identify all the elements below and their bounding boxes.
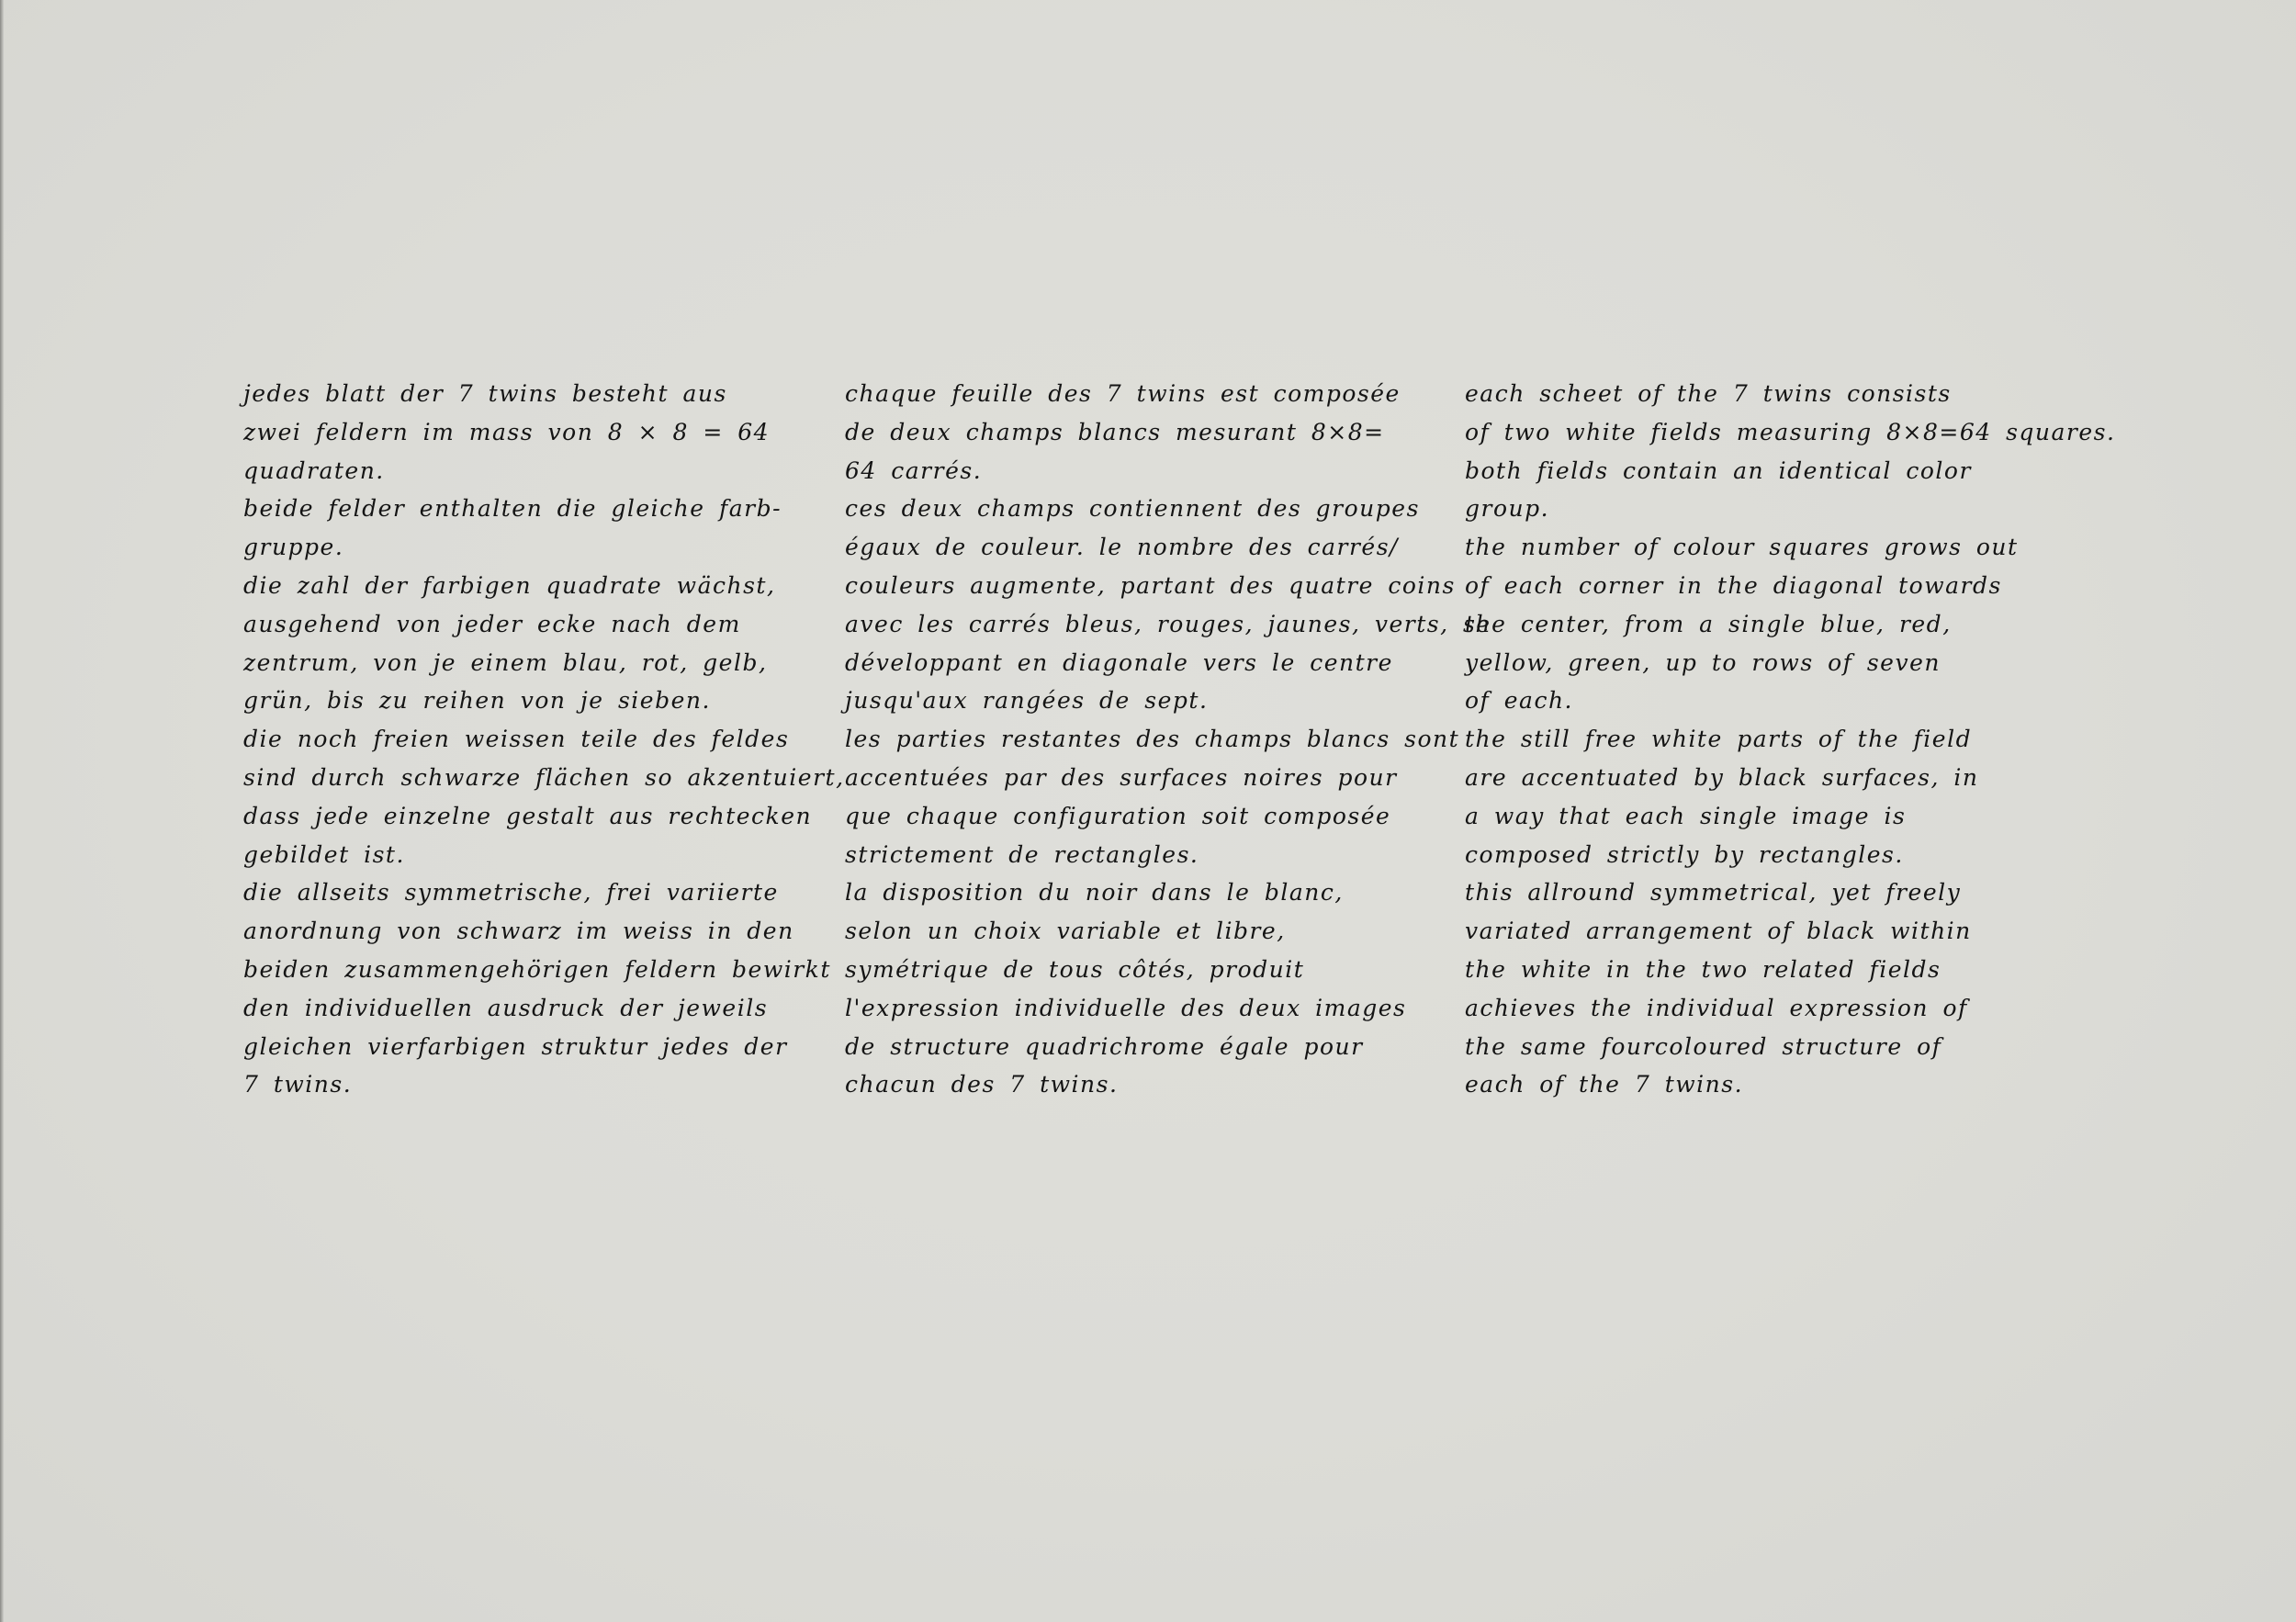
text-line: yellow, green, up to rows of seven (1465, 644, 2089, 682)
text-line: ausgehend von jeder ecke nach dem (243, 605, 840, 644)
text-line: sind durch schwarze flächen so akzentuie… (243, 759, 840, 797)
text-line: couleurs augmente, partant des quatre co… (845, 567, 1433, 605)
text-line: den individuellen ausdruck der jeweils (243, 989, 840, 1028)
text-line: achieves the individual expression of (1465, 989, 2089, 1028)
text-line: jusqu'aux rangées de sept. (845, 681, 1433, 720)
text-line: avec les carrés bleus, rouges, jaunes, v… (845, 605, 1433, 644)
text-line: the white in the two related fields (1465, 951, 2089, 989)
text-line: of each corner in the diagonal towards (1465, 567, 2089, 605)
text-line: group. (1465, 490, 2089, 528)
text-line: de structure quadrichrome égale pour (845, 1028, 1433, 1066)
text-line: both fields contain an identical color (1465, 452, 2089, 490)
text-line: ces deux champs contiennent des groupes (845, 490, 1433, 528)
text-line: the same fourcoloured structure of (1465, 1028, 2089, 1066)
text-line: are accentuated by black surfaces, in (1465, 759, 2089, 797)
text-line: symétrique de tous côtés, produit (845, 951, 1433, 989)
text-line: jedes blatt der 7 twins besteht aus (243, 375, 840, 413)
text-line: égaux de couleur. le nombre des carrés/ (845, 528, 1433, 567)
text-line: beiden zusammengehörigen feldern bewirkt (243, 951, 840, 989)
text-line: chacun des 7 twins. (845, 1065, 1433, 1104)
text-line: gebildet ist. (243, 836, 840, 874)
text-line: quadraten. (243, 452, 840, 490)
text-line: the number of colour squares grows out (1465, 528, 2089, 567)
paper-sheet: jedes blatt der 7 twins besteht aus zwei… (0, 0, 2296, 1622)
text-line: selon un choix variable et libre, (845, 912, 1433, 951)
text-line: grün, bis zu reihen von je sieben. (243, 681, 840, 720)
text-line: die zahl der farbigen quadrate wächst, (243, 567, 840, 605)
text-line: beide felder enthalten die gleiche farb- (243, 490, 840, 528)
text-line: anordnung von schwarz im weiss in den (243, 912, 840, 951)
french-text-column: chaque feuille des 7 twins est composée … (845, 375, 1433, 1104)
english-text-column: each scheet of the 7 twins consists of t… (1465, 375, 2089, 1104)
text-line: die allseits symmetrische, frei variiert… (243, 873, 840, 912)
text-line: composed strictly by rectangles. (1465, 836, 2089, 874)
text-line: this allround symmetrical, yet freely (1465, 873, 2089, 912)
text-line: the still free white parts of the field (1465, 720, 2089, 759)
text-line: 7 twins. (243, 1065, 840, 1104)
text-line: a way that each single image is (1465, 797, 2089, 836)
text-line: dass jede einzelne gestalt aus rechtecke… (243, 797, 840, 836)
text-line: accentuées par des surfaces noires pour (845, 759, 1433, 797)
text-line: each of the 7 twins. (1465, 1065, 2089, 1104)
text-line: die noch freien weissen teile des feldes (243, 720, 840, 759)
text-line: la disposition du noir dans le blanc, (845, 873, 1433, 912)
text-line: zentrum, von je einem blau, rot, gelb, (243, 644, 840, 682)
text-line: each scheet of the 7 twins consists (1465, 375, 2089, 413)
text-line: zwei feldern im mass von 8 × 8 = 64 (243, 413, 840, 452)
text-line: strictement de rectangles. (845, 836, 1433, 874)
german-text-column: jedes blatt der 7 twins besteht aus zwei… (243, 375, 840, 1104)
text-line: gruppe. (243, 528, 840, 567)
text-line: développant en diagonale vers le centre (845, 644, 1433, 682)
text-line: 64 carrés. (845, 452, 1433, 490)
text-line: of two white fields measuring 8×8=64 squ… (1465, 413, 2089, 452)
text-line: les parties restantes des champs blancs … (845, 720, 1433, 759)
text-line: variated arrangement of black within (1465, 912, 2089, 951)
text-line: de deux champs blancs mesurant 8×8= (845, 413, 1433, 452)
text-line: of each. (1465, 681, 2089, 720)
text-line: l'expression individuelle des deux image… (845, 989, 1433, 1028)
text-line: gleichen vierfarbigen struktur jedes der (243, 1028, 840, 1066)
text-line: que chaque configuration soit composée (845, 797, 1433, 836)
paper-edge-shadow (0, 0, 4, 1622)
text-line: the center, from a single blue, red, (1465, 605, 2089, 644)
text-line: chaque feuille des 7 twins est composée (845, 375, 1433, 413)
